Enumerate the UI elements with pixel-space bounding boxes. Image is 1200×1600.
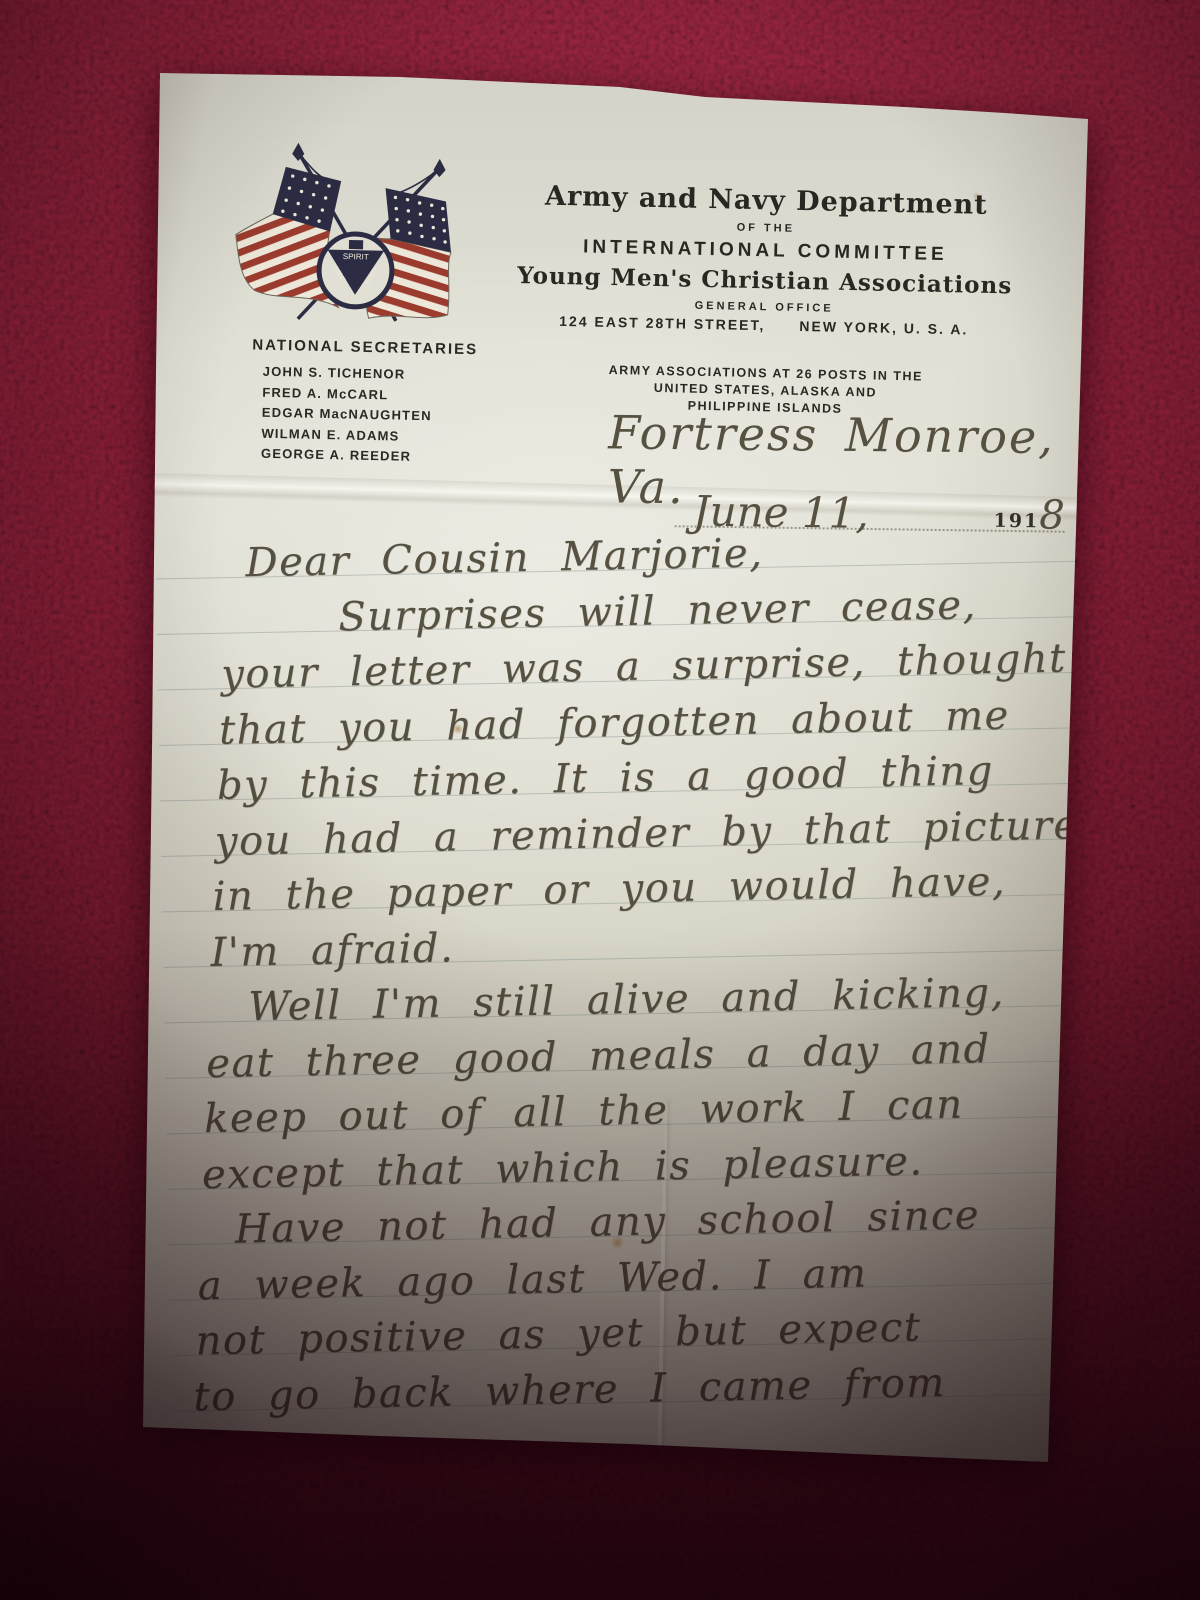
letterhead-center-block: Army and Navy Department OF THE INTERNAT… xyxy=(444,179,1087,340)
handwriting-line-text: Have not had any school since xyxy=(234,1192,980,1252)
handwriting-line-text: not positive as yet but expect xyxy=(195,1304,922,1364)
handwriting-line-text: a week ago last Wed. I am xyxy=(197,1250,867,1309)
handwriting-line-text: I'm afraid. xyxy=(210,925,455,976)
org-title-line1: Army and Navy Department xyxy=(446,179,1087,223)
ymca-triangle-emblem: SPIRIT MIND BODY xyxy=(318,233,392,307)
handwriting-line-text: by this time. It is a good thing xyxy=(217,748,995,809)
handwriting-line-text: Surprises will never cease, xyxy=(338,582,977,640)
crossed-flags-ymca-emblem-icon: SPIRIT MIND BODY xyxy=(208,138,480,352)
handwriting-line-text: except that which is pleasure. xyxy=(202,1138,924,1198)
handwriting-line-text: that you had forgotten about me xyxy=(219,692,1010,753)
secretaries-list: JOHN S. TICHENORFRED A. McCARLEDGAR MacN… xyxy=(243,361,485,469)
address-street: 124 EAST 28TH STREET, xyxy=(559,313,765,333)
secretary-name: GEORGE A. REEDER xyxy=(261,444,483,469)
handwriting-line-text: to go back where I came from xyxy=(193,1359,946,1419)
letter-body: Dear Cousin Marjorie, Surprises will nev… xyxy=(155,520,1092,1425)
letter-paper-shadow: SPIRIT MIND BODY Army and Navy Departmen… xyxy=(130,70,1090,1530)
emblem-word-spirit: SPIRIT xyxy=(343,252,369,262)
photo-of-letter: SPIRIT MIND BODY Army and Navy Departmen… xyxy=(0,0,1200,1600)
handwriting-line-text: keep out of all the work I can xyxy=(204,1082,964,1143)
handwriting-line-text: Dear Cousin Marjorie, xyxy=(245,530,764,586)
handwriting-line-text: Well I'm still alive and kicking, xyxy=(248,970,1005,1031)
handwriting-line-text: your letter was a surprise, thought xyxy=(221,636,1067,698)
address-city: NEW YORK, U. S. A. xyxy=(799,318,968,338)
handwriting-line-text: in the paper or you would have, xyxy=(212,859,1006,920)
national-secretaries-block: NATIONAL SECRETARIES JOHN S. TICHENORFRE… xyxy=(243,336,486,468)
handwriting-line-text: eat three good meals a day and xyxy=(206,1026,991,1087)
secretaries-heading: NATIONAL SECRETARIES xyxy=(245,336,485,358)
letter-paper: SPIRIT MIND BODY Army and Navy Departmen… xyxy=(130,70,1090,1530)
